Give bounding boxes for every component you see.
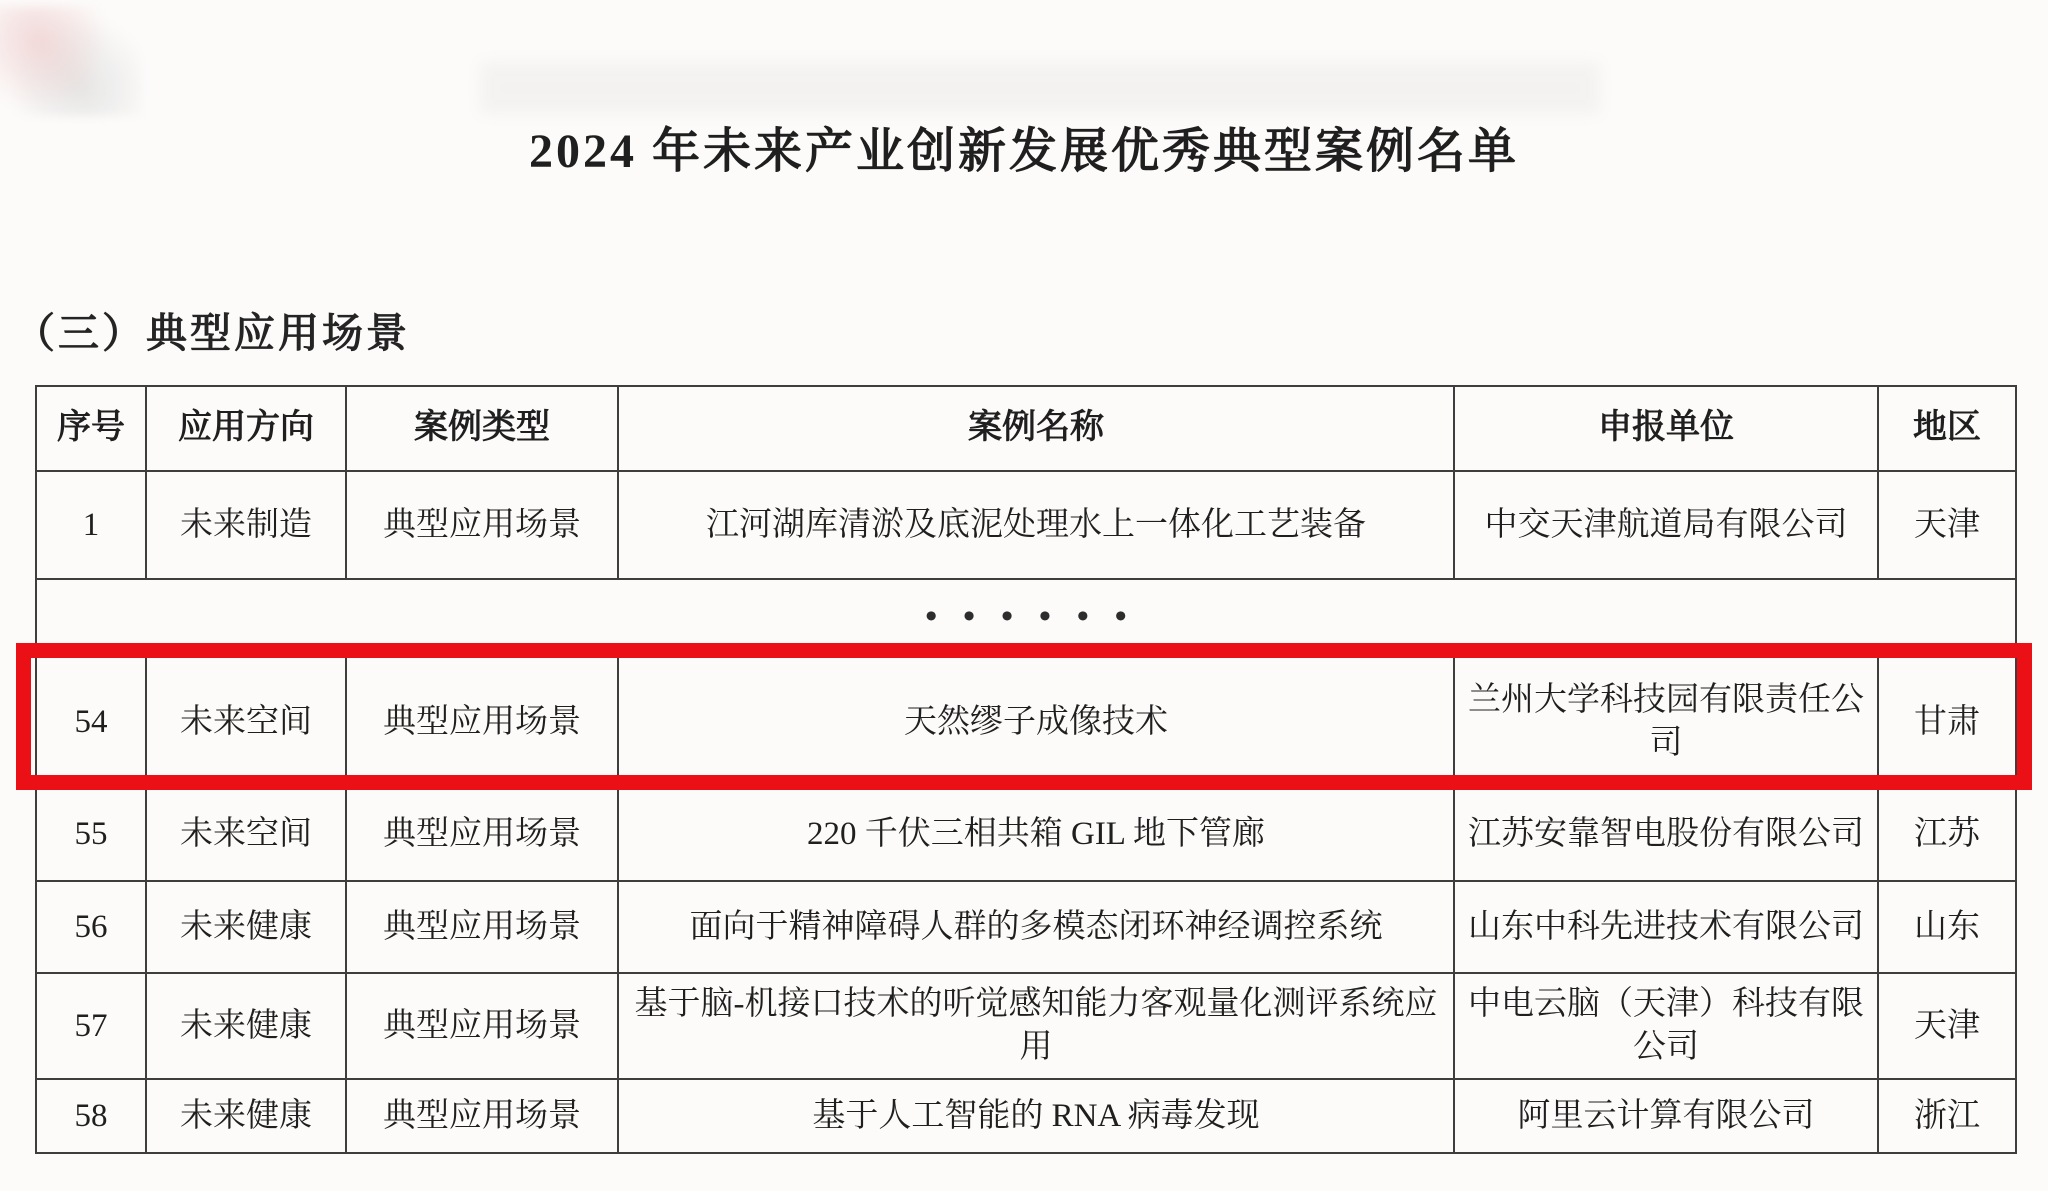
cell-no: 1 [36,471,146,579]
cell-name: 天然缪子成像技术 [618,656,1454,788]
cell-name: 基于脑-机接口技术的听觉感知能力客观量化测评系统应用 [618,973,1454,1079]
col-header-unit: 申报单位 [1454,386,1878,471]
table-row: 55 未来空间 典型应用场景 220 千伏三相共箱 GIL 地下管廊 江苏安靠智… [36,788,2016,881]
table-row: 57 未来健康 典型应用场景 基于脑-机接口技术的听觉感知能力客观量化测评系统应… [36,973,2016,1079]
cell-region: 江苏 [1878,788,2016,881]
cell-region: 山东 [1878,881,2016,973]
cell-region: 天津 [1878,973,2016,1079]
cell-direction: 未来健康 [146,881,346,973]
ellipsis-dots: •••••• [36,579,2016,656]
cell-type: 典型应用场景 [346,1079,618,1153]
cell-name: 面向于精神障碍人群的多模态闭环神经调控系统 [618,881,1454,973]
cell-type: 典型应用场景 [346,881,618,973]
cell-no: 55 [36,788,146,881]
cell-region: 浙江 [1878,1079,2016,1153]
col-header-name: 案例名称 [618,386,1454,471]
cell-type: 典型应用场景 [346,788,618,881]
table-header-row: 序号 应用方向 案例类型 案例名称 申报单位 地区 [36,386,2016,471]
table-row-highlighted: 54 未来空间 典型应用场景 天然缪子成像技术 兰州大学科技园有限责任公司 甘肃 [36,656,2016,788]
cell-no: 57 [36,973,146,1079]
cell-no: 56 [36,881,146,973]
ellipsis-row: •••••• [36,579,2016,656]
cell-direction: 未来健康 [146,973,346,1079]
cell-type: 典型应用场景 [346,471,618,579]
cell-name: 基于人工智能的 RNA 病毒发现 [618,1079,1454,1153]
cell-direction: 未来空间 [146,788,346,881]
cell-direction: 未来空间 [146,656,346,788]
cell-direction: 未来制造 [146,471,346,579]
section-heading: （三）典型应用场景 [14,300,410,359]
scanned-document-page: 2024 年未来产业创新发展优秀典型案例名单 （三）典型应用场景 序号 应用方向… [0,0,2048,1191]
table-row: 1 未来制造 典型应用场景 江河湖库清淤及底泥处理水上一体化工艺装备 中交天津航… [36,471,2016,579]
cell-unit: 江苏安靠智电股份有限公司 [1454,788,1878,881]
cell-unit: 中电云脑（天津）科技有限公司 [1454,973,1878,1079]
cell-no: 58 [36,1079,146,1153]
table-row: 58 未来健康 典型应用场景 基于人工智能的 RNA 病毒发现 阿里云计算有限公… [36,1079,2016,1153]
cell-type: 典型应用场景 [346,656,618,788]
document-title: 2024 年未来产业创新发展优秀典型案例名单 [0,112,2048,181]
cell-direction: 未来健康 [146,1079,346,1153]
cell-unit: 中交天津航道局有限公司 [1454,471,1878,579]
cell-type: 典型应用场景 [346,973,618,1079]
cell-name: 220 千伏三相共箱 GIL 地下管廊 [618,788,1454,881]
cell-unit: 兰州大学科技园有限责任公司 [1454,656,1878,788]
case-table: 序号 应用方向 案例类型 案例名称 申报单位 地区 1 未来制造 典型应用场景 … [35,385,2017,1154]
col-header-region: 地区 [1878,386,2016,471]
scan-artifact-ghost-line [480,62,1600,114]
table-row: 56 未来健康 典型应用场景 面向于精神障碍人群的多模态闭环神经调控系统 山东中… [36,881,2016,973]
cell-region: 天津 [1878,471,2016,579]
scan-artifact-corner [0,6,142,116]
cell-unit: 阿里云计算有限公司 [1454,1079,1878,1153]
cell-name: 江河湖库清淤及底泥处理水上一体化工艺装备 [618,471,1454,579]
col-header-direction: 应用方向 [146,386,346,471]
col-header-type: 案例类型 [346,386,618,471]
cell-region: 甘肃 [1878,656,2016,788]
cell-no: 54 [36,656,146,788]
cell-unit: 山东中科先进技术有限公司 [1454,881,1878,973]
col-header-no: 序号 [36,386,146,471]
